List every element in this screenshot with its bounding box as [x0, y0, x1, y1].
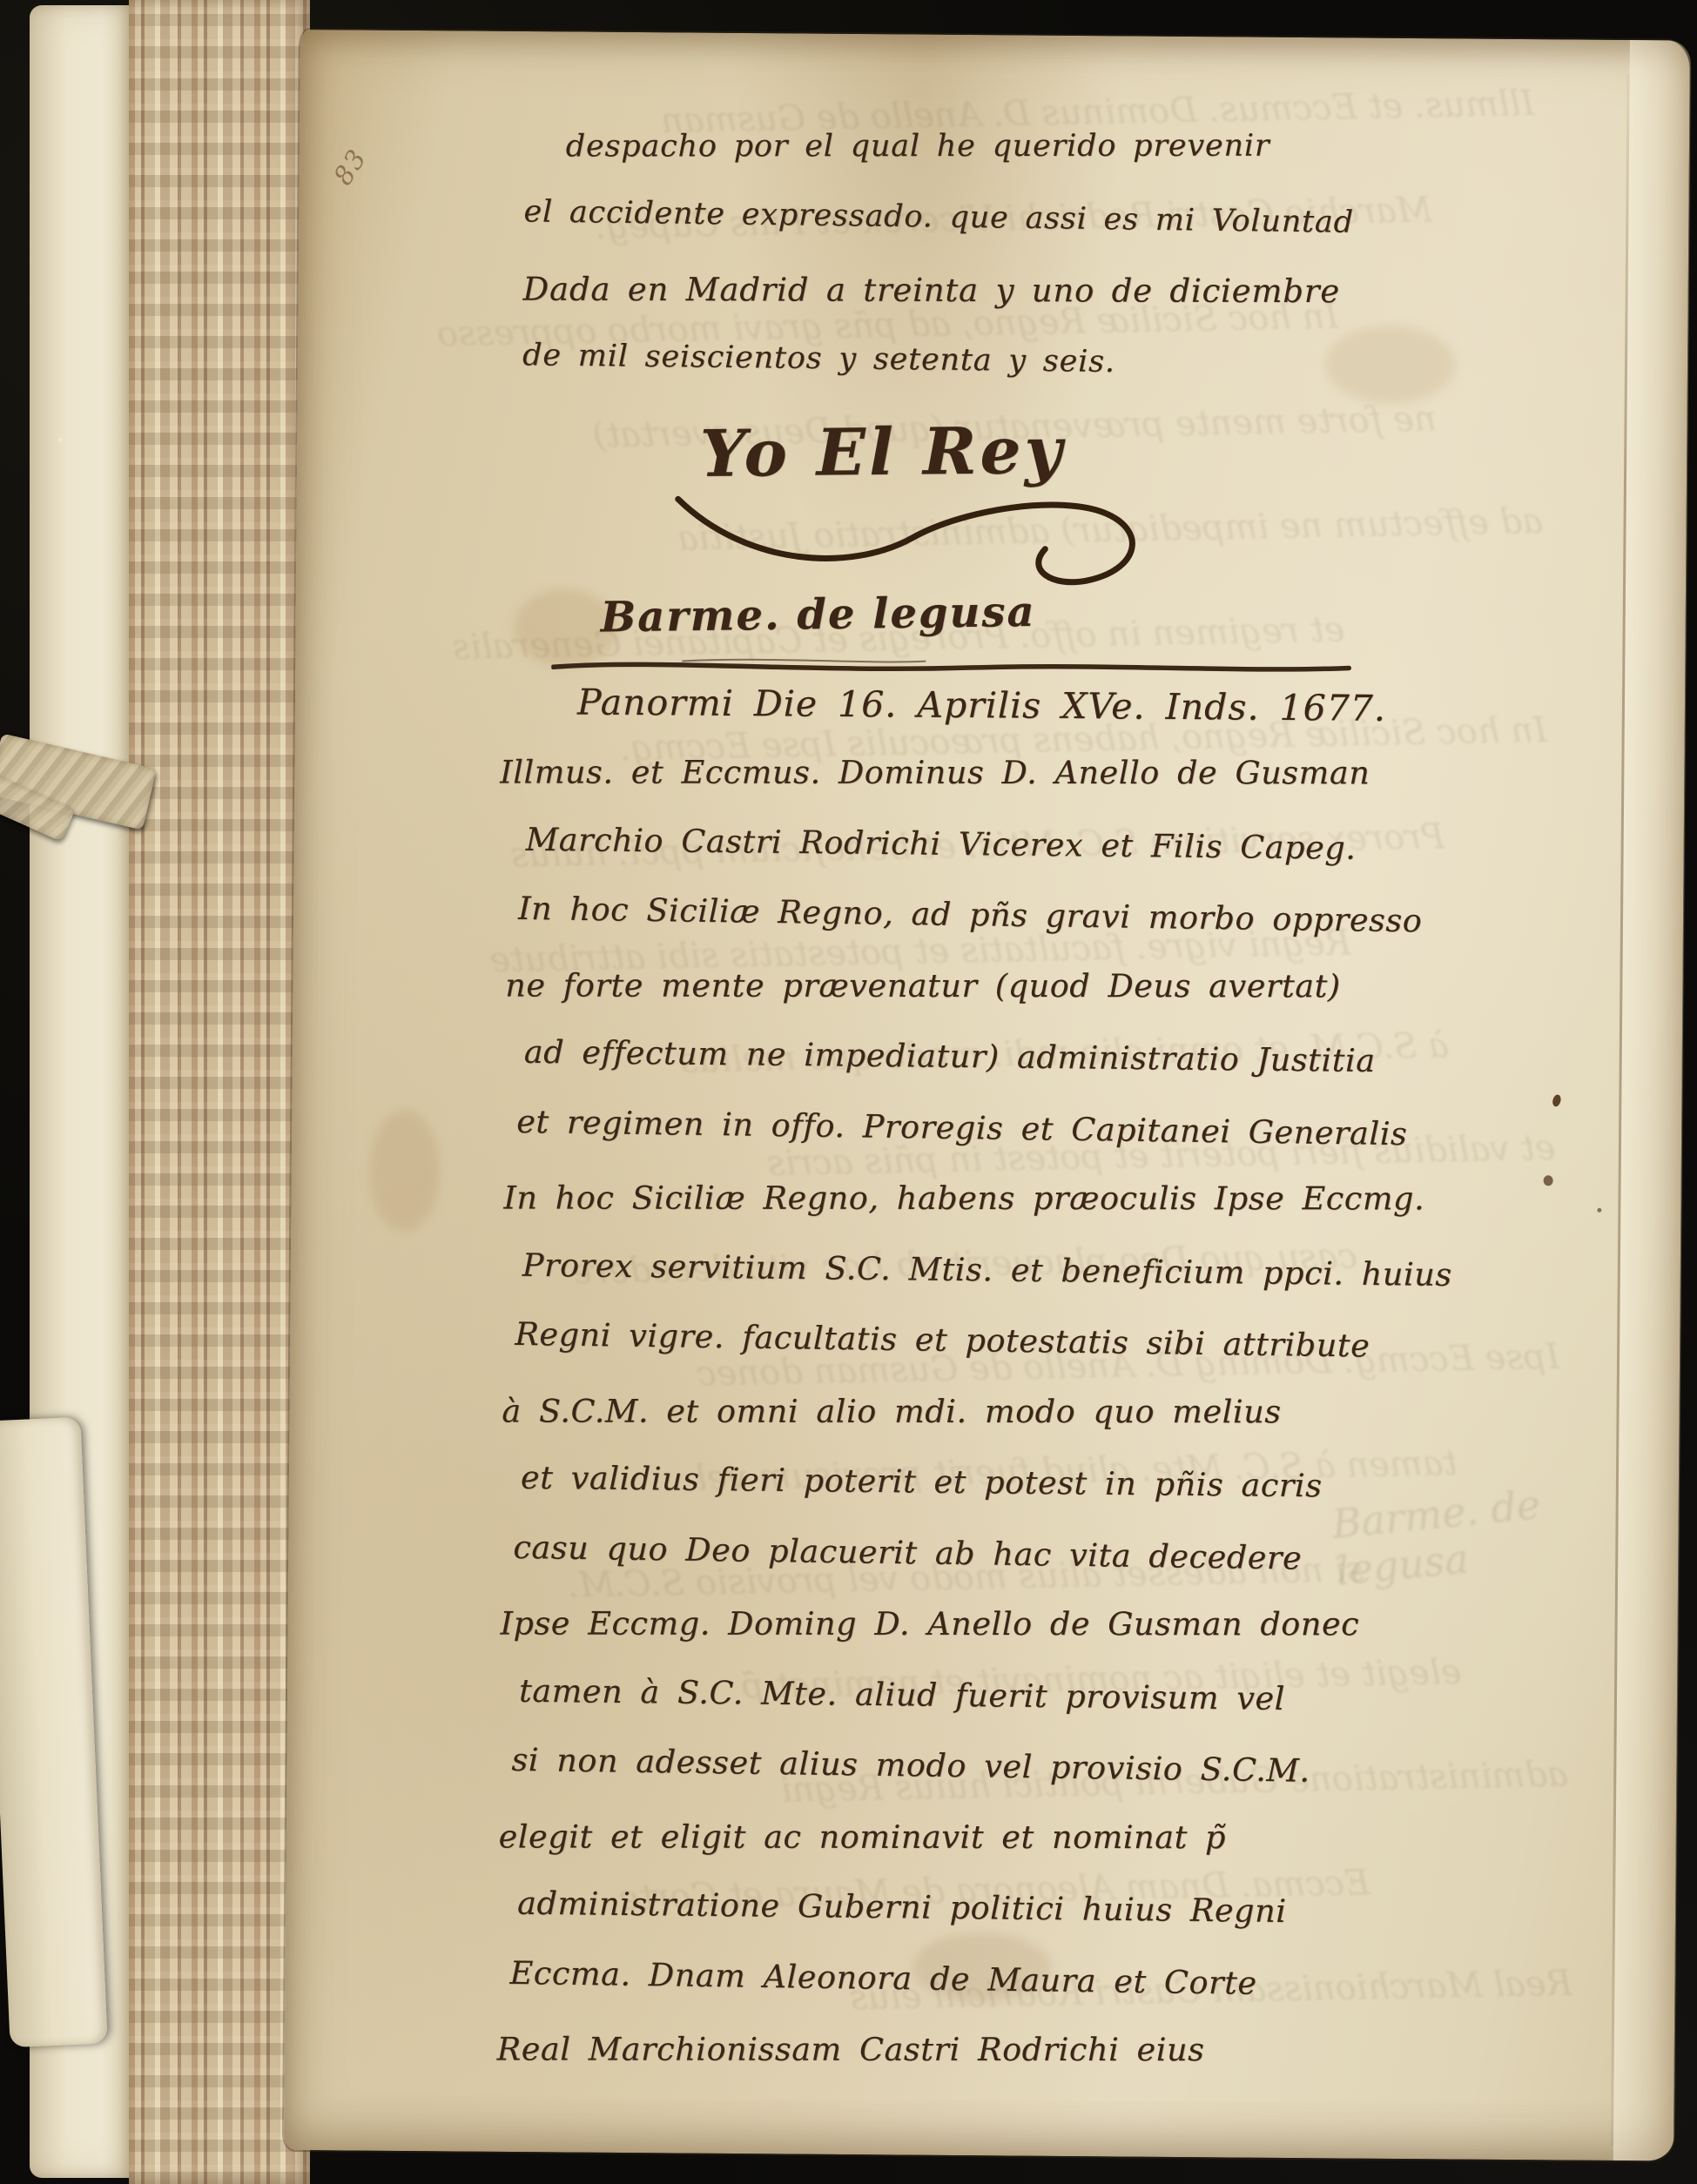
manuscript-photo: 83 Illmus. et Eccmus. Dominus D. Anello …	[0, 0, 1697, 2184]
folio-number: 83	[328, 144, 374, 191]
act-line: Marchio Castri Rodrichi Vicerex et Filis…	[525, 820, 1407, 900]
act-line: si non adesset alius modo vel provisio S…	[511, 1741, 1400, 1824]
act-line: et validius fieri poterit et potest in p…	[520, 1459, 1402, 1539]
act-line: et regimen in offo. Proregis et Capitane…	[515, 1102, 1404, 1186]
act-line: Real Marchionissam Castri Rodrichi eius	[497, 2030, 1397, 2101]
latin-act-body: Illmus. et Eccmus. Dominus D. Anello de …	[508, 750, 1407, 2105]
royal-signature-yo-el-rey: Yo El Rey	[522, 410, 1411, 502]
act-line: administratione Guberni politici huius R…	[517, 1885, 1399, 1965]
ink-blot	[1544, 1175, 1553, 1186]
act-line: à S.C.M. et omni alio mdi. modo quo meli…	[502, 1392, 1402, 1463]
act-line: Ipse Eccmg. Doming D. Anello de Gusman d…	[500, 1604, 1400, 1676]
act-line: Regni vigre. facultatis et potestatis si…	[515, 1315, 1404, 1399]
despatch-line: Dada en Madrid a treinta y uno de diciem…	[522, 271, 1411, 345]
despatch-line: el accidente expressado. que assi es mi …	[523, 194, 1412, 277]
manuscript-page: 83 Illmus. et Eccmus. Dominus D. Anello …	[284, 30, 1690, 2160]
act-line: ne forte mente prævenatur (quod Deus ave…	[505, 966, 1405, 1038]
foxing-stain	[369, 1110, 440, 1233]
ink-blot	[1552, 1093, 1562, 1107]
act-line: ad effectum ne impediatur) administratio…	[523, 1033, 1405, 1113]
act-line: casu quo Deo placuerit ab hac vita deced…	[513, 1528, 1402, 1611]
secretary-signature: Barme. de legusa	[520, 582, 1409, 655]
ink-blot	[1597, 1208, 1601, 1213]
act-line: Eccma. Dnam Aleonora de Maura et Corte	[509, 1953, 1398, 2037]
royal-despatch-closing: despacho por el qual he querido prevenir…	[522, 125, 1413, 418]
act-line: elegit et eligit ac nominavit et nominat…	[499, 1818, 1399, 1889]
act-line: Illmus. et Eccmus. Dominus D. Anello de …	[500, 753, 1407, 824]
despatch-line: despacho por el qual he querido prevenir	[524, 129, 1412, 201]
act-line: tamen à S.C. Mte. aliud fuerit provisum …	[518, 1671, 1400, 1751]
written-text-column: despacho por el qual he querido prevenir…	[508, 125, 1412, 2105]
despatch-line: de mil seiscientos y setenta y seis.	[522, 338, 1411, 420]
signature-rule-line	[551, 653, 1352, 682]
act-line: In hoc Siciliæ Regno, ad pñs gravi morbo…	[517, 890, 1406, 973]
act-dateline: Panormi Die 16. Aprilis XVe. Inds. 1677.	[520, 681, 1409, 756]
page-stack-fore-edge	[129, 0, 310, 2184]
act-line: In hoc Siciliæ Regno, habens præoculis I…	[503, 1179, 1404, 1250]
act-line: Prorex servitium S.C. Mtis. et beneficiu…	[522, 1246, 1404, 1326]
